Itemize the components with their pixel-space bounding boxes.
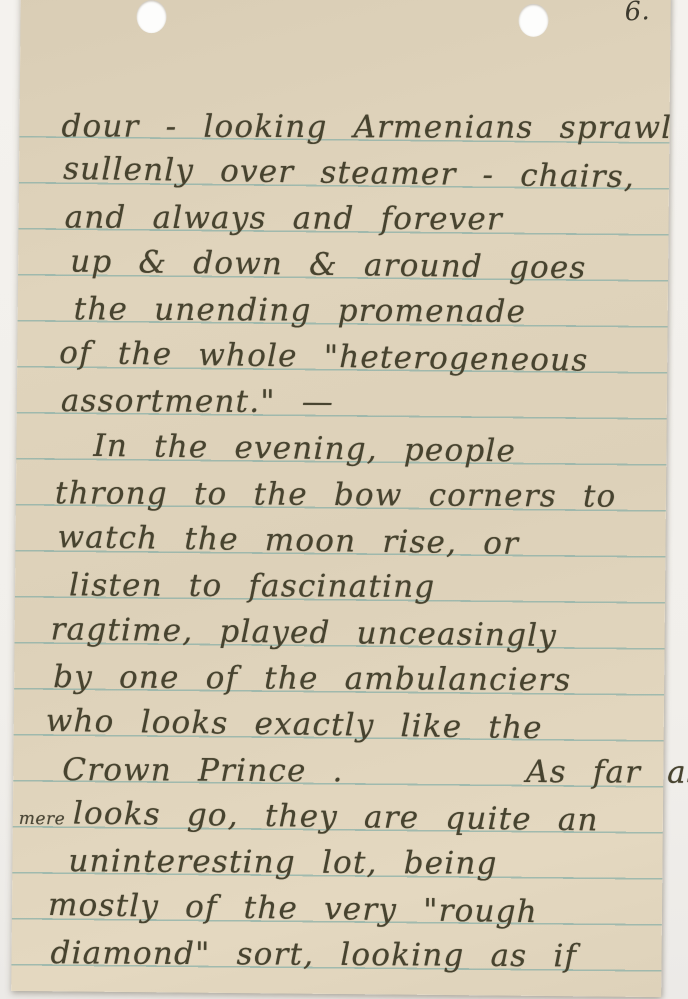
handwritten-line: and always and forever bbox=[65, 202, 504, 235]
handwritten-line: the unending promenade bbox=[74, 294, 527, 328]
handwritten-line: watch the moon rise, or bbox=[57, 522, 519, 560]
handwritten-line: diamond" sort, looking as if bbox=[50, 938, 577, 972]
handwritten-line: listen to fascinating bbox=[69, 570, 435, 603]
handwritten-line: assortment." — bbox=[61, 386, 334, 418]
notebook-page: 6. dour - looking Armenians sprawl sulle… bbox=[11, 0, 671, 997]
handwritten-line: up & down & around goes bbox=[70, 246, 587, 284]
photo-background: 6. dour - looking Armenians sprawl sulle… bbox=[0, 0, 688, 999]
page-number: 6. bbox=[624, 0, 651, 28]
handwritten-line: looks go, they are quite an bbox=[73, 799, 599, 837]
punch-hole-left bbox=[136, 0, 166, 33]
handwritten-line: dour - looking Armenians sprawl bbox=[61, 111, 672, 144]
handwritten-line: uninteresting lot, being bbox=[68, 846, 497, 880]
handwritten-line: ragtime, played unceasingly bbox=[50, 614, 557, 652]
handwritten-line: by one of the ambulanciers bbox=[53, 662, 571, 696]
handwritten-line: of the whole "heterogeneous bbox=[59, 338, 589, 377]
handwritten-line: mostly of the very "rough bbox=[48, 890, 538, 928]
handwritten-line: Crown Prince . As far as bbox=[62, 755, 688, 789]
punch-hole-right bbox=[518, 4, 548, 37]
handwritten-line: sullenly over steamer - chairs, bbox=[63, 154, 635, 193]
handwritten-line: In the evening, people bbox=[93, 431, 516, 468]
margin-insertion-word: mere bbox=[19, 809, 66, 829]
handwritten-line: throng to the bow corners to bbox=[55, 478, 617, 512]
handwritten-line: who looks exactly like the bbox=[46, 706, 543, 744]
